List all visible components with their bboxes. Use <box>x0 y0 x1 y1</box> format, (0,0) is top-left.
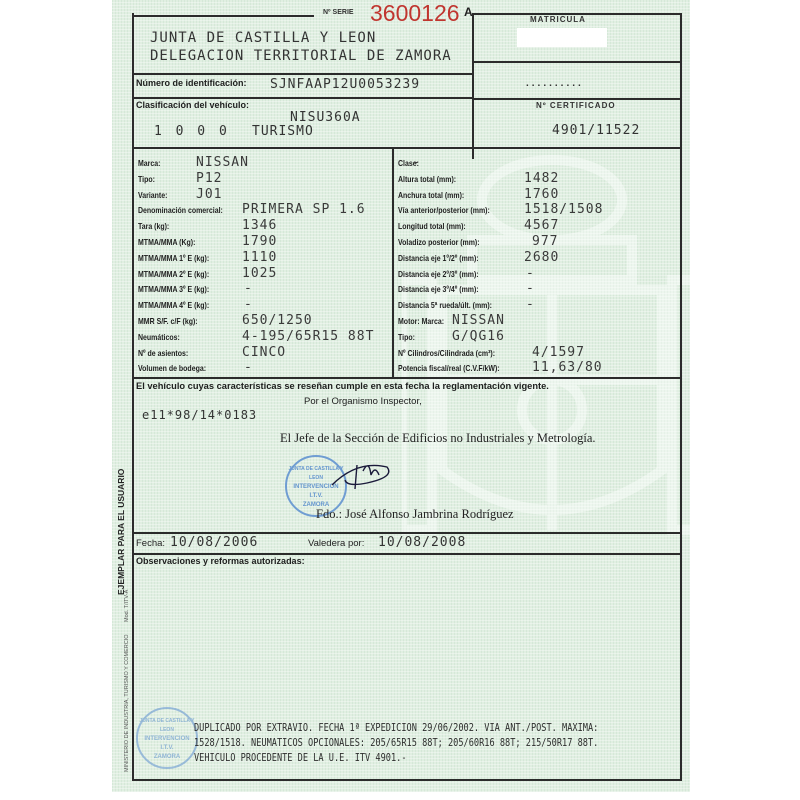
field-label: Denominación comercial: <box>138 205 223 215</box>
chief-title: El Jefe de la Sección de Edificios no In… <box>280 431 596 446</box>
field-value: 2680 <box>524 250 559 265</box>
certificate-number: 4901/11522 <box>552 123 640 138</box>
classification-code: NISU360A <box>290 110 361 125</box>
field-value: 1346 <box>242 218 277 233</box>
field-label: MTMA/MMA 1º E (kg): <box>138 253 209 263</box>
classification-type: TURISMO <box>252 124 314 139</box>
field-value: - <box>526 266 535 281</box>
vehicle-inspection-card: Nº SERIE 3600126 A JUNTA DE CASTILLA Y L… <box>112 0 690 792</box>
valid-until-date: 10/08/2008 <box>378 535 466 550</box>
observation-line: VEHICULO PROCEDENTE DE LA U.E. ITV 4901.… <box>194 751 598 766</box>
field-value: - <box>244 297 253 312</box>
model-label: Mod. T/ITV-A <box>124 590 130 622</box>
field-label: Nº Cilindros/Cilindrada (cm³): <box>398 348 495 358</box>
classification-label: Clasificación del vehículo: <box>136 100 249 110</box>
matricula-dots: .......... <box>526 78 584 89</box>
field-value: - <box>412 155 421 170</box>
org-line1: JUNTA DE CASTILLA Y LEON <box>150 30 376 46</box>
field-label: Variante: <box>138 190 167 200</box>
matricula-field <box>517 28 607 47</box>
divider <box>132 147 682 149</box>
field-value: 977 <box>532 234 558 249</box>
org-line2: DELEGACION TERRITORIAL DE ZAMORA <box>150 48 452 64</box>
field-label: Distancia eje 2º/3º (mm): <box>398 269 479 279</box>
field-value: - <box>526 281 535 296</box>
field-value: J01 <box>196 187 222 202</box>
divider <box>132 73 472 75</box>
observations-text: DUPLICADO POR EXTRAVIO. FECHA 1ª EXPEDIC… <box>194 721 598 766</box>
field-value: - <box>526 297 535 312</box>
field-label: MTMA/MMA 3º E (kg): <box>138 284 209 294</box>
divider <box>132 377 682 379</box>
homologation-number: e11*98/14*0183 <box>142 408 257 422</box>
copy-label: EJEMPLAR PARA EL USUARIO <box>116 469 126 595</box>
field-label: Nº de asientos: <box>138 348 188 358</box>
divider <box>132 532 682 534</box>
field-label: Neumáticos: <box>138 332 180 342</box>
inspector-label: Por el Organismo Inspector, <box>304 396 422 407</box>
field-value: CINCO <box>242 345 286 360</box>
field-label: Distancia 5ª rueda/últ. (mm): <box>398 300 492 310</box>
field-label: MTMA/MMA 2º E (kg): <box>138 269 209 279</box>
field-value: 1790 <box>242 234 277 249</box>
field-value: G/QG16 <box>452 329 505 344</box>
field-value: 650/1250 <box>242 313 313 328</box>
field-label: Voladizo posterior (mm): <box>398 237 480 247</box>
field-label: MTMA/MMA (Kg): <box>138 237 195 247</box>
signed-by: Fdo.: José Alfonso Jambrina Rodríguez <box>316 507 514 522</box>
field-value: PRIMERA SP 1.6 <box>242 202 366 217</box>
field-value: 1518/1508 <box>524 202 603 217</box>
field-value: 4567 <box>524 218 559 233</box>
field-label: Altura total (mm): <box>398 174 456 184</box>
field-value: 1482 <box>524 171 559 186</box>
field-label: Anchura total (mm): <box>398 190 464 200</box>
divider <box>472 13 474 159</box>
field-label: Tipo: <box>138 174 155 184</box>
field-label: Motor: Marca: <box>398 316 444 326</box>
observations-label: Observaciones y reformas autorizadas: <box>136 556 305 566</box>
field-label: Longitud total (mm): <box>398 221 466 231</box>
field-value: 11,63/80 <box>532 360 603 375</box>
date-label: Fecha: <box>136 538 165 549</box>
field-label: Distancia eje 3º/4º (mm): <box>398 284 479 294</box>
observation-line: 1528/1518. NEUMATICOS OPCIONALES: 205/65… <box>194 736 598 751</box>
field-value: 1025 <box>242 266 277 281</box>
divider <box>472 61 682 63</box>
field-value: NISSAN <box>452 313 505 328</box>
compliance-statement: El vehículo cuyas características se res… <box>136 381 549 391</box>
field-value: 4-195/65R15 88T <box>242 329 374 344</box>
certificate-label: Nº CERTIFICADO <box>536 101 616 110</box>
field-label: Volumen de bodega: <box>138 363 206 373</box>
field-value: NISSAN <box>196 155 249 170</box>
field-value: P12 <box>196 171 222 186</box>
issue-date: 10/08/2006 <box>170 535 258 550</box>
identification-label: Número de identificación: <box>136 78 247 88</box>
valid-until-label: Valedera por: <box>308 538 364 549</box>
field-label: MMR S/F. c/F (kg): <box>138 316 198 326</box>
divider <box>132 97 472 99</box>
divider <box>472 98 682 100</box>
identification-number: SJNFAAP12U0053239 <box>270 77 420 92</box>
official-stamp-faded: JUNTA DE CASTILLA Y LEON INTERVENCION I.… <box>136 707 198 769</box>
field-label: Tipo: <box>398 332 415 342</box>
field-value: - <box>244 360 253 375</box>
field-value: - <box>244 281 253 296</box>
divider <box>132 553 682 555</box>
field-label: Vía anterior/posterior (mm): <box>398 205 490 215</box>
field-label: Marca: <box>138 158 160 168</box>
field-value: 4/1597 <box>532 345 585 360</box>
ministry-label: MINISTERIO DE INDUSTRIA, TURISMO Y COMER… <box>124 634 130 772</box>
field-label: Distancia eje 1º/2º (mm): <box>398 253 479 263</box>
field-label: Tara (kg): <box>138 221 169 231</box>
signature-icon <box>327 455 397 495</box>
field-value: 1110 <box>242 250 277 265</box>
classification-digits: 1 0 0 0 <box>154 124 230 139</box>
matricula-label: MATRICULA <box>530 15 586 24</box>
field-label: Potencia fiscal/real (C.V.F/kW): <box>398 363 500 373</box>
observation-line: DUPLICADO POR EXTRAVIO. FECHA 1ª EXPEDIC… <box>194 721 598 736</box>
field-label: MTMA/MMA 4º E (kg): <box>138 300 209 310</box>
divider <box>392 147 394 378</box>
field-value: 1760 <box>524 187 559 202</box>
